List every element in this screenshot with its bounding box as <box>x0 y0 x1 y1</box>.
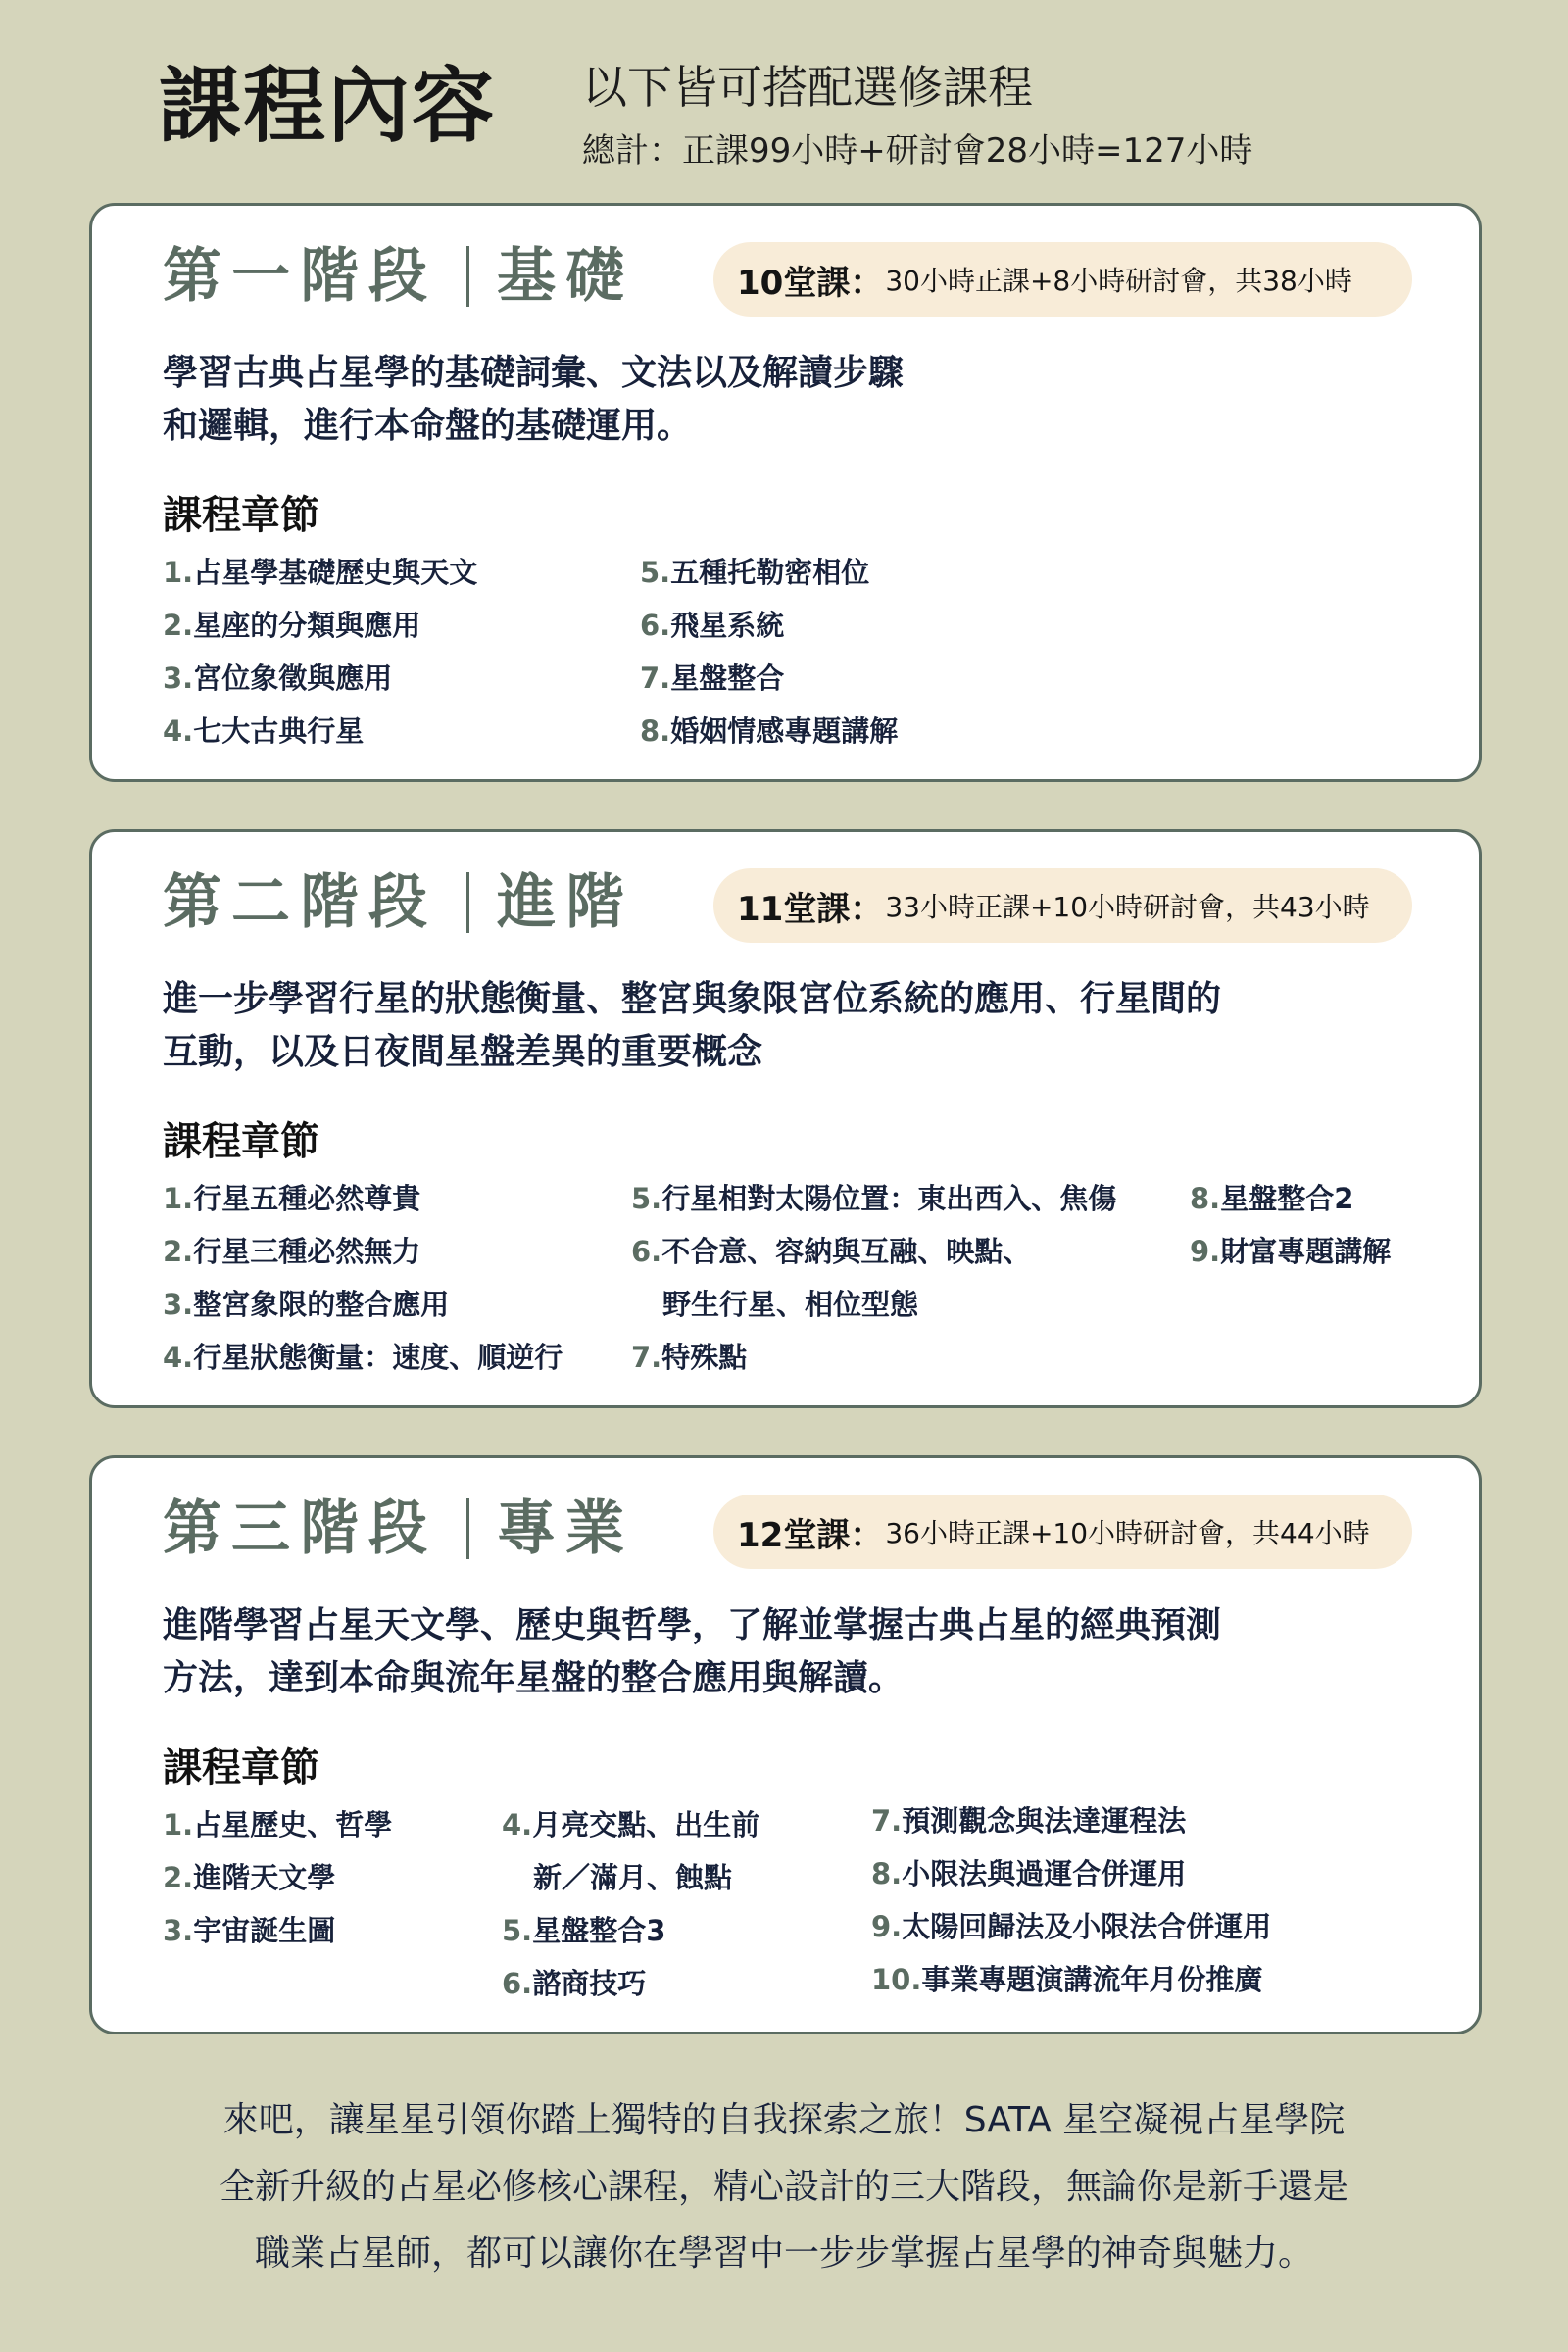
chapter-item: 8.婚姻情感專題講解 <box>640 711 898 751</box>
description-line: 進一步學習行星的狀態衡量、整宮與象限宮位系統的應用、行星間的 <box>163 973 1378 1026</box>
stage-card-advanced: 第二階段 進階 11堂課： 33小時正課+10小時研討會，共43小時 進一步學習… <box>89 829 1482 1408</box>
stage-level: 基礎 <box>497 241 634 312</box>
chapter-item: 2.星座的分類與應用 <box>163 606 420 645</box>
badge-detail: 36小時正課+10小時研討會，共44小時 <box>885 1512 1369 1551</box>
chapter-list: 1.占星歷史、哲學 2.進階天文學 3.宇宙誕生圖 4.月亮交點、出生前 新／滿… <box>163 1805 1456 2021</box>
stage-number: 第一階段 <box>163 241 437 312</box>
badge-detail: 30小時正課+8小時研討會，共38小時 <box>885 260 1352 299</box>
chapter-item: 1.占星歷史、哲學 <box>163 1805 392 1844</box>
closing-line: 來吧，讓星星引領你踏上獨特的自我探索之旅！SATA 星空凝視占星學院 <box>98 2087 1470 2154</box>
stage-number: 第三階段 <box>163 1494 437 1564</box>
chapter-item: 9.財富專題講解 <box>1190 1232 1391 1271</box>
chapter-item: 7.預測觀念與法達運程法 <box>871 1801 1186 1840</box>
chapter-item: 8.星盤整合2 <box>1190 1179 1353 1218</box>
page-header: 課程內容 以下皆可搭配選修課程 總計：正課99小時+研討會28小時=127小時 <box>159 57 1433 174</box>
stage-level: 進階 <box>497 867 634 938</box>
badge-count: 12堂課： <box>737 1508 883 1556</box>
elective-note: 以下皆可搭配選修課程 <box>582 61 1033 115</box>
title-divider <box>466 872 469 933</box>
badge-count: 10堂課： <box>737 256 883 304</box>
stage-description: 進階學習占星天文學、歷史與哲學，了解並掌握古典占星的經典預測 方法，達到本命與流… <box>163 1599 1378 1705</box>
chapter-item: 8.小限法與過運合併運用 <box>871 1854 1186 1893</box>
chapter-item: 3.整宮象限的整合應用 <box>163 1285 449 1324</box>
chapter-item: 3.宮位象徵與應用 <box>163 659 392 698</box>
chapter-item: 2.行星三種必然無力 <box>163 1232 420 1271</box>
chapter-list: 1.行星五種必然尊貴 2.行星三種必然無力 3.整宮象限的整合應用 4.行星狀態… <box>163 1179 1456 1395</box>
chapter-item: 5.五種托勒密相位 <box>640 553 869 592</box>
closing-line: 職業占星師，都可以讓你在學習中一步步掌握占星學的神奇與魅力。 <box>98 2221 1470 2287</box>
stage-level: 專業 <box>497 1494 634 1564</box>
description-line: 方法，達到本命與流年星盤的整合應用與解讀。 <box>163 1652 1378 1705</box>
badge-count: 11堂課： <box>737 882 883 930</box>
chapter-item: 4.行星狀態衡量：速度、順逆行 <box>163 1338 563 1377</box>
chapter-item: 6.諮商技巧 <box>502 1964 646 2003</box>
chapter-item: 4.七大古典行星 <box>163 711 364 751</box>
stage-title: 第二階段 進階 <box>163 867 634 938</box>
closing-line: 全新升級的占星必修核心課程，精心設計的三大階段，無論你是新手還是 <box>98 2154 1470 2221</box>
description-line: 進階學習占星天文學、歷史與哲學，了解並掌握古典占星的經典預測 <box>163 1599 1378 1652</box>
closing-message: 來吧，讓星星引領你踏上獨特的自我探索之旅！SATA 星空凝視占星學院 全新升級的… <box>98 2087 1470 2287</box>
total-hours: 總計：正課99小時+研討會28小時=127小時 <box>582 131 1252 171</box>
chapter-list: 1.占星學基礎歷史與天文 2.星座的分類與應用 3.宮位象徵與應用 4.七大古典… <box>163 553 1456 768</box>
badge-detail: 33小時正課+10小時研討會，共43小時 <box>885 886 1369 925</box>
chapter-item-continuation: 新／滿月、蝕點 <box>533 1858 732 1897</box>
chapters-heading: 課程章節 <box>163 484 319 540</box>
chapter-item: 9.太陽回歸法及小限法合併運用 <box>871 1907 1271 1946</box>
stage-description: 學習古典占星學的基礎詞彙、文法以及解讀步驟 和邏輯，進行本命盤的基礎運用。 <box>163 347 1378 453</box>
chapter-item: 6.不合意、容納與互融、映點、 <box>631 1232 1031 1271</box>
chapter-item-continuation: 野生行星、相位型態 <box>662 1285 918 1324</box>
chapter-item: 1.行星五種必然尊貴 <box>163 1179 420 1218</box>
description-line: 學習古典占星學的基礎詞彙、文法以及解讀步驟 <box>163 347 1378 400</box>
chapter-item: 7.特殊點 <box>631 1338 747 1377</box>
stage-card-professional: 第三階段 專業 12堂課： 36小時正課+10小時研討會，共44小時 進階學習占… <box>89 1455 1482 2034</box>
chapter-item: 5.星盤整合3 <box>502 1911 665 1950</box>
chapter-item: 7.星盤整合 <box>640 659 784 698</box>
description-line: 互動，以及日夜間星盤差異的重要概念 <box>163 1026 1378 1079</box>
chapter-item: 4.月亮交點、出生前 <box>502 1805 759 1844</box>
stage-card-basic: 第一階段 基礎 10堂課： 30小時正課+8小時研討會，共38小時 學習古典占星… <box>89 203 1482 782</box>
lesson-count-badge: 11堂課： 33小時正課+10小時研討會，共43小時 <box>713 868 1412 943</box>
chapter-item: 6.飛星系統 <box>640 606 784 645</box>
course-content-page: 課程內容 以下皆可搭配選修課程 總計：正課99小時+研討會28小時=127小時 … <box>0 0 1568 2352</box>
stage-title: 第一階段 基礎 <box>163 241 634 312</box>
chapter-item: 3.宇宙誕生圖 <box>163 1911 335 1950</box>
chapters-heading: 課程章節 <box>163 1110 319 1166</box>
lesson-count-badge: 10堂課： 30小時正課+8小時研討會，共38小時 <box>713 242 1412 317</box>
stage-description: 進一步學習行星的狀態衡量、整宮與象限宮位系統的應用、行星間的 互動，以及日夜間星… <box>163 973 1378 1079</box>
title-divider <box>466 246 469 307</box>
description-line: 和邏輯，進行本命盤的基礎運用。 <box>163 400 1378 453</box>
page-title: 課程內容 <box>159 65 496 147</box>
chapter-item: 10.事業專題演講流年月份推廣 <box>871 1960 1262 1999</box>
stage-number: 第二階段 <box>163 867 437 938</box>
title-divider <box>466 1498 469 1559</box>
lesson-count-badge: 12堂課： 36小時正課+10小時研討會，共44小時 <box>713 1494 1412 1569</box>
chapters-heading: 課程章節 <box>163 1737 319 1792</box>
chapter-item: 2.進階天文學 <box>163 1858 335 1897</box>
chapter-item: 5.行星相對太陽位置：東出西入、焦傷 <box>631 1179 1116 1218</box>
stage-title: 第三階段 專業 <box>163 1494 634 1564</box>
chapter-item: 1.占星學基礎歷史與天文 <box>163 553 477 592</box>
